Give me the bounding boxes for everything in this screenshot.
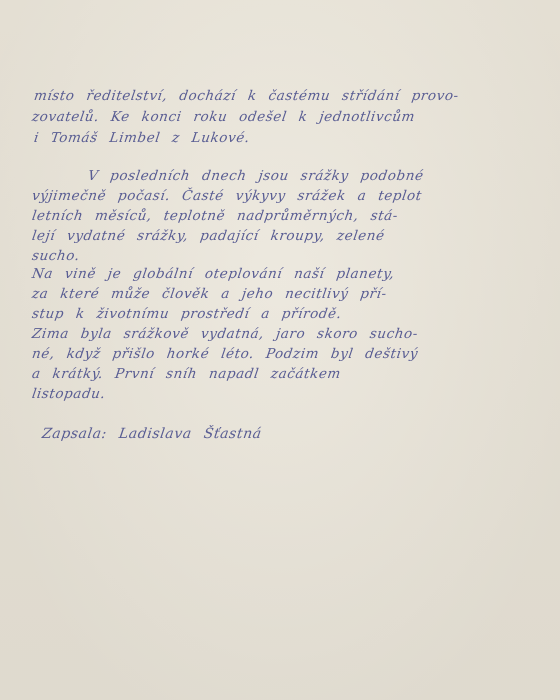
text-line: letních měsíců, teplotně nadprůměrných, … [31,208,399,224]
text-line: zovatelů. Ke konci roku odešel k jednotl… [31,109,416,125]
text-line: listopadu. [31,386,107,402]
text-line: a krátký. První sníh napadl začátkem [31,366,342,382]
text-line: Zima byla srážkově vydatná, jaro skoro s… [31,326,419,342]
scanned-handwritten-page: místo ředitelství, dochází k častému stř… [0,0,560,700]
text-line: za které může člověk a jeho necitlivý př… [31,286,388,302]
signature: Zapsala: Ladislava Šťastná [41,426,263,442]
text-line: V posledních dnech jsou srážky podobné [87,168,425,184]
text-line: místo ředitelství, dochází k častému stř… [33,88,460,104]
text-line: lejí vydatné srážky, padající kroupy, ze… [31,228,386,244]
text-line: Na vině je globální oteplování naší plan… [31,266,396,282]
text-line: stup k životnímu prostředí a přírodě. [31,306,343,322]
text-line: výjimečně počasí. Časté výkyvy srážek a … [31,188,423,204]
text-line: sucho. [31,248,81,264]
text-line: i Tomáš Limbel z Lukové. [33,130,251,146]
text-line: né, když přišlo horké léto. Podzim byl d… [31,346,419,362]
